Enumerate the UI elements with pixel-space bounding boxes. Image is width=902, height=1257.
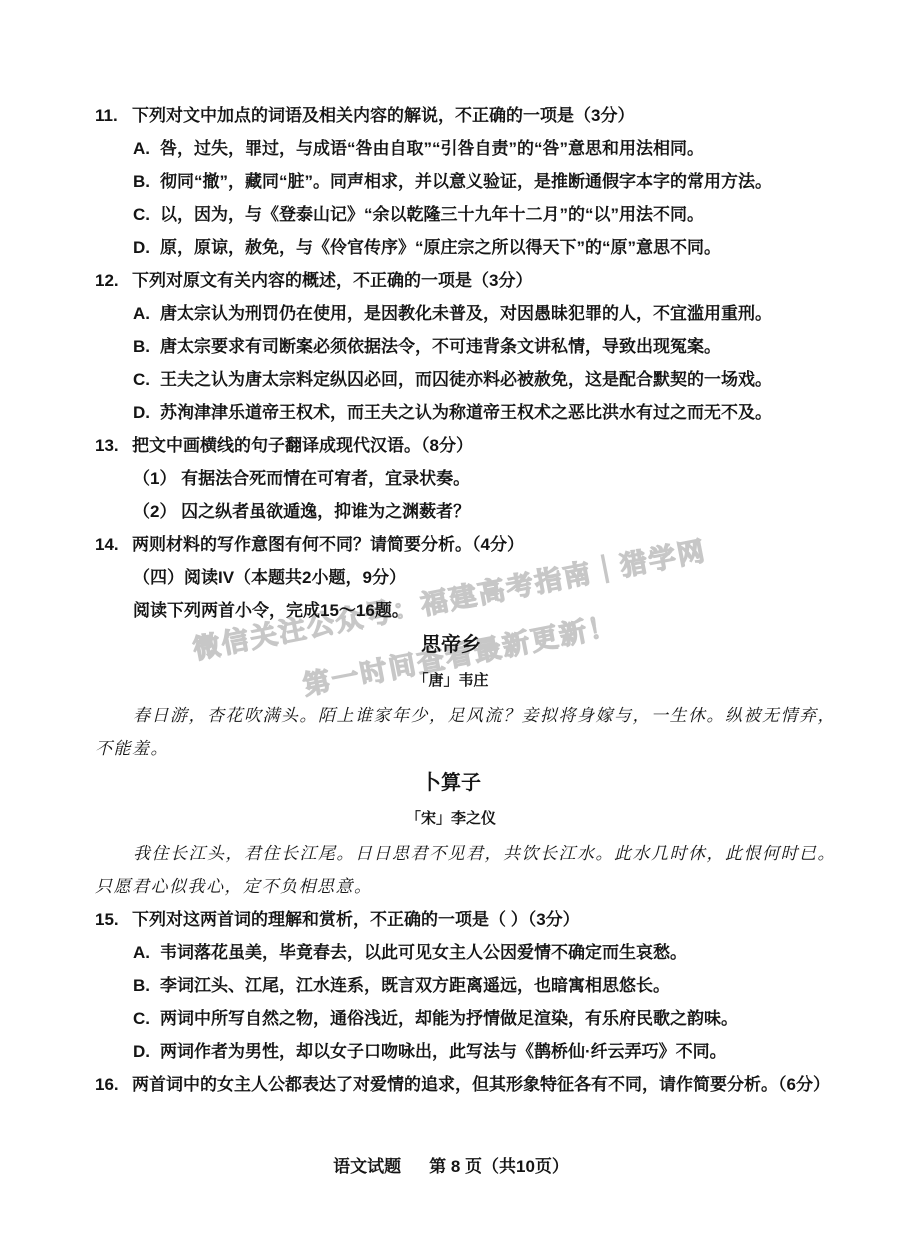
poem-1-title: 思帝乡 [95,627,807,663]
option-text: 以，因为，与《登泰山记》“余以乾隆三十九年十二月”的“以”用法不同。 [160,198,704,231]
option-label: B. [133,330,160,363]
option-label: B. [133,165,160,198]
question-15-text: 下列对这两首词的理解和赏析，不正确的一项是（ ）（3分） [132,903,580,936]
question-13-sub-2: （2） 囚之纵者虽欲遁逸，抑谁为之渊薮者？ [95,495,857,528]
question-12-option-b: B. 唐太宗要求有司断案必须依据法令，不可违背条文讲私情，导致出现冤案。 [95,330,857,363]
poem-2-line-1: 我住长江头，君住长江尾。日日思君不见君，共饮长江水。此水几时休，此恨何时已。 [95,837,857,870]
poem-2-title: 卜算子 [95,765,807,801]
question-16-number: 16. [95,1068,132,1101]
option-label: A. [133,936,160,969]
question-15-option-c: C. 两词中所写自然之物，通俗浅近，却能为抒情做足渲染，有乐府民歌之韵味。 [95,1002,857,1035]
poem-2-author: 「宋」李之仪 [95,801,807,837]
exam-paper-page: 微信关注公众号：福建高考指南｜猎学网 第一时间查看最新更新！ 11. 下列对文中… [0,0,902,1257]
option-text: 苏洵津津乐道帝王权术，而王夫之认为称道帝王权术之恶比洪水有过之而无不及。 [160,396,772,429]
section-4-instruction: 阅读下列两首小令，完成15～16题。 [95,594,857,627]
question-12-stem: 12. 下列对原文有关内容的概述，不正确的一项是（3分） [95,264,857,297]
question-11-option-a: A. 咎，过失，罪过，与成语“咎由自取”“引咎自责”的“咎”意思和用法相同。 [95,132,857,165]
option-label: D. [133,231,160,264]
question-11-option-c: C. 以，因为，与《登泰山记》“余以乾隆三十九年十二月”的“以”用法不同。 [95,198,857,231]
option-text: 唐太宗要求有司断案必须依据法令，不可违背条文讲私情，导致出现冤案。 [160,330,721,363]
question-12-option-a: A. 唐太宗认为刑罚仍在使用，是因教化未普及，对因愚昧犯罪的人，不宜滥用重刑。 [95,297,857,330]
poem-1-line-2: 不能羞。 [95,732,857,765]
question-13-stem: 13. 把文中画横线的句子翻译成现代汉语。（8分） [95,429,857,462]
question-14-number: 14. [95,528,132,561]
option-text: 王夫之认为唐太宗料定纵囚必回，而囚徒亦料必被赦免，这是配合默契的一场戏。 [160,363,772,396]
poem-1-author: 「唐」韦庄 [95,663,807,699]
section-4-heading: （四）阅读IV（本题共2小题，9分） [95,561,857,594]
option-text: 唐太宗认为刑罚仍在使用，是因教化未普及，对因愚昧犯罪的人，不宜滥用重刑。 [160,297,772,330]
option-text: 两词作者为男性，却以女子口吻咏出，此写法与《鹊桥仙·纤云弄巧》不同。 [160,1035,727,1068]
question-11-option-d: D. 原，原谅，赦免，与《伶官传序》“原庄宗之所以得天下”的“原”意思不同。 [95,231,857,264]
option-text: 李词江头、江尾，江水连系，既言双方距离遥远，也暗寓相思悠长。 [160,969,670,1002]
question-12-text: 下列对原文有关内容的概述，不正确的一项是（3分） [132,264,532,297]
question-15-number: 15. [95,903,132,936]
question-14-text: 两则材料的写作意图有何不同？请简要分析。（4分） [132,528,524,561]
option-text: 原，原谅，赦免，与《伶官传序》“原庄宗之所以得天下”的“原”意思不同。 [160,231,721,264]
option-label: B. [133,969,160,1002]
question-14-stem: 14. 两则材料的写作意图有何不同？请简要分析。（4分） [95,528,857,561]
option-text: 彻同“撤”，藏同“脏”。同声相求，并以意义验证，是推断通假字本字的常用方法。 [160,165,772,198]
option-label: C. [133,198,160,231]
question-11-text: 下列对文中加点的词语及相关内容的解说，不正确的一项是（3分） [132,99,634,132]
option-label: A. [133,297,160,330]
option-label: D. [133,1035,160,1068]
question-12-option-d: D. 苏洵津津乐道帝王权术，而王夫之认为称道帝王权术之恶比洪水有过之而无不及。 [95,396,857,429]
question-16-stem: 16. 两首词中的女主人公都表达了对爱情的追求，但其形象特征各有不同，请作简要分… [95,1068,857,1101]
question-11-option-b: B. 彻同“撤”，藏同“脏”。同声相求，并以意义验证，是推断通假字本字的常用方法… [95,165,857,198]
question-12-option-c: C. 王夫之认为唐太宗料定纵囚必回，而囚徒亦料必被赦免，这是配合默契的一场戏。 [95,363,857,396]
poem-2-line-2: 只愿君心似我心，定不负相思意。 [95,870,857,903]
option-label: C. [133,1002,160,1035]
question-11-number: 11. [95,99,132,132]
footer-page-info: 第 8 页（共10页） [429,1157,569,1176]
option-text: 韦词落花虽美，毕竟春去，以此可见女主人公因爱情不确定而生哀愁。 [160,936,687,969]
question-15-option-a: A. 韦词落花虽美，毕竟春去，以此可见女主人公因爱情不确定而生哀愁。 [95,936,857,969]
question-13-number: 13. [95,429,132,462]
question-13-text: 把文中画横线的句子翻译成现代汉语。（8分） [132,429,473,462]
question-15-stem: 15. 下列对这两首词的理解和赏析，不正确的一项是（ ）（3分） [95,903,857,936]
option-text: 两词中所写自然之物，通俗浅近，却能为抒情做足渲染，有乐府民歌之韵味。 [160,1002,738,1035]
question-15-option-b: B. 李词江头、江尾，江水连系，既言双方距离遥远，也暗寓相思悠长。 [95,969,857,1002]
question-16-text: 两首词中的女主人公都表达了对爱情的追求，但其形象特征各有不同，请作简要分析。（6… [132,1068,830,1101]
question-15-option-d: D. 两词作者为男性，却以女子口吻咏出，此写法与《鹊桥仙·纤云弄巧》不同。 [95,1035,857,1068]
question-13-sub-1: （1） 有据法合死而情在可宥者，宜录状奏。 [95,462,857,495]
question-12-number: 12. [95,264,132,297]
option-label: D. [133,396,160,429]
question-11-stem: 11. 下列对文中加点的词语及相关内容的解说，不正确的一项是（3分） [95,99,857,132]
footer-doc-title: 语文试题 [333,1157,401,1176]
option-label: C. [133,363,160,396]
poem-1-line-1: 春日游，杏花吹满头。陌上谁家年少，足风流？妾拟将身嫁与，一生休。纵被无情弃， [95,699,857,732]
exam-content: 11. 下列对文中加点的词语及相关内容的解说，不正确的一项是（3分） A. 咎，… [95,99,857,1101]
page-footer: 语文试题第 8 页（共10页） [0,1152,902,1177]
option-label: A. [133,132,160,165]
option-text: 咎，过失，罪过，与成语“咎由自取”“引咎自责”的“咎”意思和用法相同。 [160,132,704,165]
